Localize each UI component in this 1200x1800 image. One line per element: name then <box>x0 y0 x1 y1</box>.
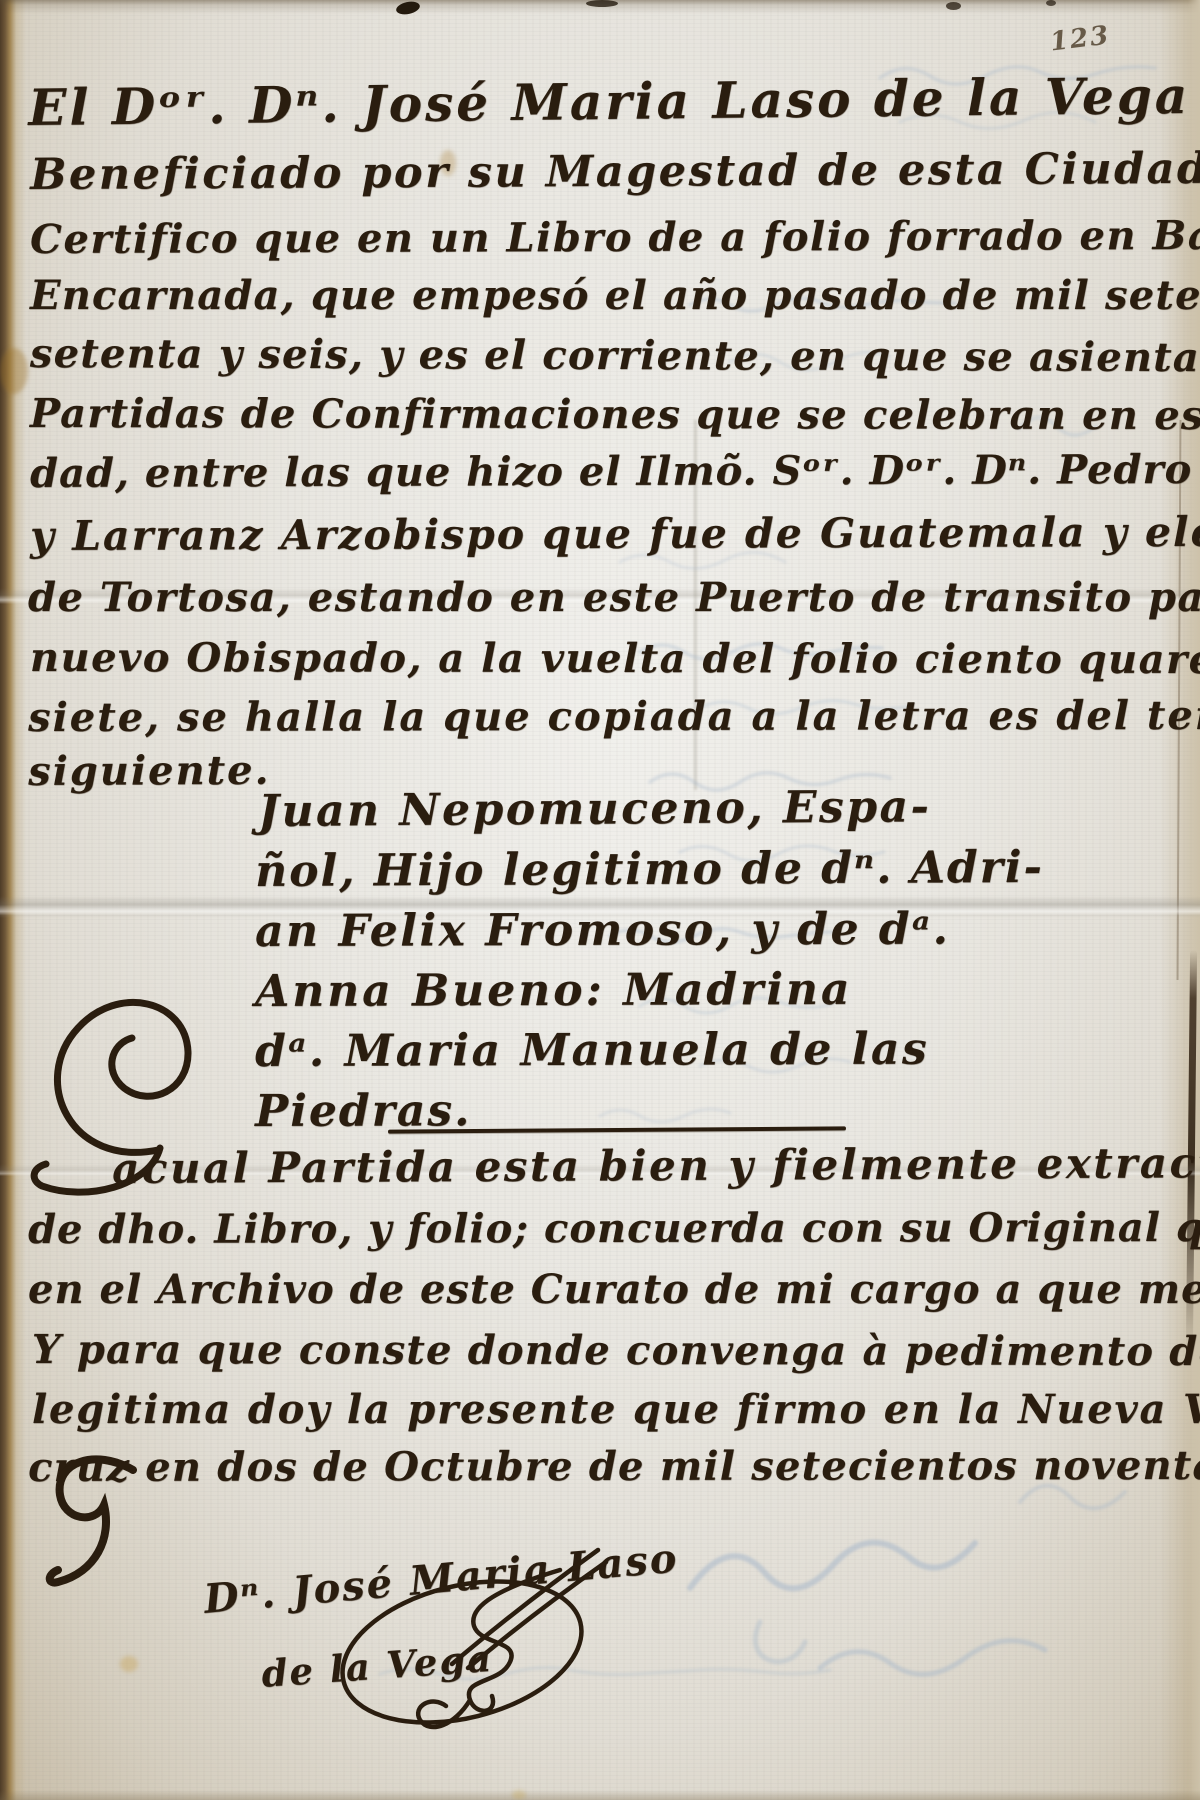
closing-line-2: de dho. Libro, y folio; concuerda con su… <box>28 1204 1200 1253</box>
closing-line-6: cruz en dos de Octubre de mil seteciento… <box>28 1442 1200 1491</box>
body-line-1: El Dᵒʳ. Dⁿ. José Maria Laso de la Vega C… <box>28 64 1200 137</box>
partida-line-2: ñol, Hijo legitimo de dⁿ. Adri- <box>255 842 1044 897</box>
body-line-5: setenta y seis, y es el corriente, en qu… <box>30 330 1200 381</box>
partida-line-4: Anna Bueno: Madrina <box>255 964 853 1017</box>
body-line-12: siguiente. <box>28 747 271 795</box>
body-line-11: siete, se halla la que copiada a la letr… <box>28 692 1200 741</box>
body-line-10: nuevo Obispado, a la vuelta del folio ci… <box>30 634 1200 683</box>
closing-line-1: acual Partida esta bien y fielmente extr… <box>112 1138 1200 1193</box>
body-line-6: Partidas de Confirmaciones que se celebr… <box>30 390 1200 439</box>
body-line-9: de Tortosa, estando en este Puerto de tr… <box>28 574 1200 621</box>
handwriting-layer: El Dᵒʳ. Dⁿ. José Maria Laso de la Vega C… <box>0 0 1200 1800</box>
partida-line-1: Juan Nepomuceno, Espa- <box>258 781 931 837</box>
closing-line-5: legitima doy la presente que firmo en la… <box>32 1386 1200 1433</box>
body-line-3: Certifico que en un Libro de a folio for… <box>30 211 1200 263</box>
signature-name-line-1: Dⁿ. José Maria Laso <box>202 1535 680 1623</box>
body-line-2: Beneficiado por su Magestad de esta Ciud… <box>30 143 1200 200</box>
body-line-4: Encarnada, que empesó el año pasado de m… <box>30 272 1200 319</box>
body-line-7: dad, entre las que hizo el Ilmõ. Sᵒʳ. Dᵒ… <box>30 445 1200 497</box>
signature-name-line-2: de la Vega <box>260 1636 494 1696</box>
partida-line-5: dᵃ. Maria Manuela de las <box>255 1024 929 1077</box>
body-line-8: y Larranz Arzobispo que fue de Guatemala… <box>30 508 1200 560</box>
closing-line-4: Y para que conste donde convenga à pedim… <box>32 1326 1200 1375</box>
partida-line-3: an Felix Fromoso, y de dᵃ. <box>255 904 950 957</box>
document-page: 123 El Dᵒʳ. Dⁿ. José Maria Laso de la Ve… <box>0 0 1200 1800</box>
closing-line-3: en el Archivo de este Curato de mi cargo… <box>28 1266 1200 1313</box>
